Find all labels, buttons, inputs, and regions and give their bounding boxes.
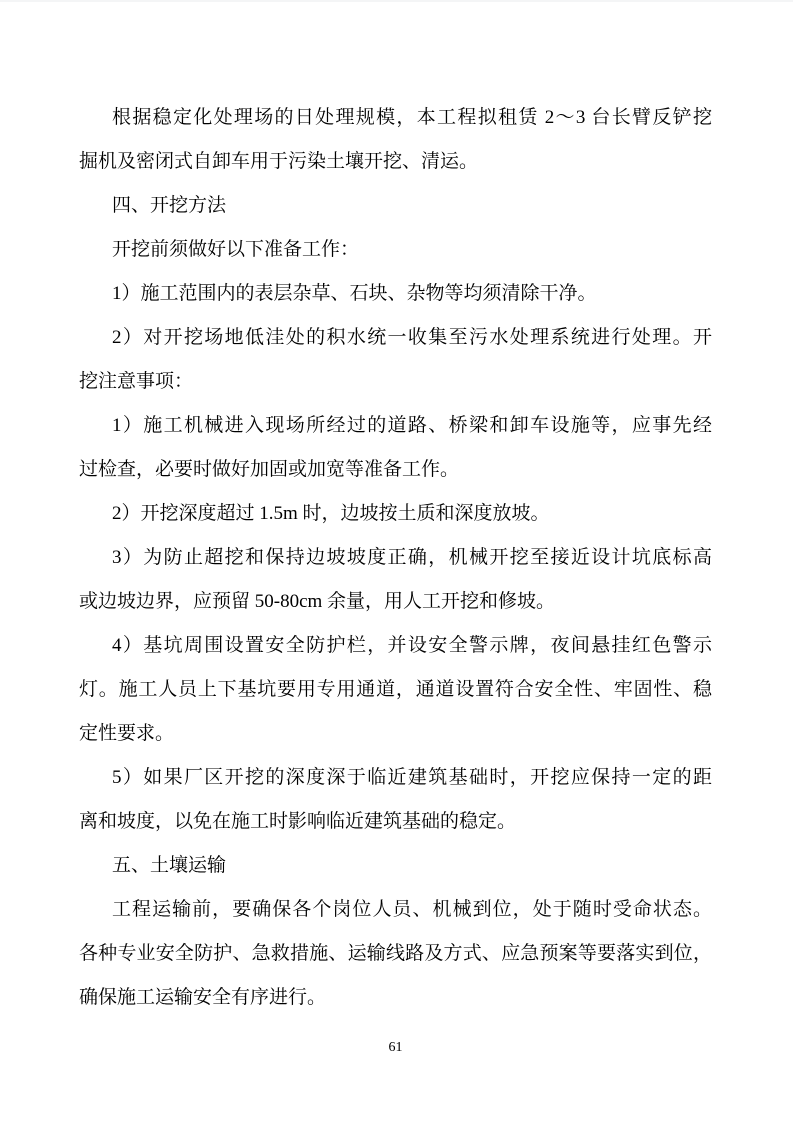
para-caution-item-5-line-2: 离和坡度，以免在施工时影响临近建筑基础的稳定。 [79,800,712,844]
para-prep-item-1-line-1: 1）施工范围内的表层杂草、石块、杂物等均须清除干净。 [79,272,712,316]
para-transport-readiness-line-1: 工程运输前，要确保各个岗位人员、机械到位，处于随时受命状态。 [79,888,712,932]
para-excavator-rental-line-2: 掘机及密闭式自卸车用于污染土壤开挖、清运。 [79,140,712,184]
page-number: 61 [389,1040,403,1055]
page-footer: 61 [79,1038,712,1058]
para-caution-item-4-line-3: 定性要求。 [79,712,712,756]
para-caution-item-2-line-1: 2）开挖深度超过 1.5m 时，边坡按土质和深度放坡。 [79,492,712,536]
para-transport-readiness-line-2: 各种专业安全防护、急救措施、运输线路及方式、应急预案等要落实到位， [79,932,712,976]
para-caution-item-3-line-2: 或边坡边界，应预留 50-80cm 余量，用人工开挖和修坡。 [79,580,712,624]
para-excavator-rental-line-1: 根据稳定化处理场的日处理规模，本工程拟租赁 2～3 台长臂反铲挖 [79,96,712,140]
heading-section-4-excavation-method-line-1: 四、开挖方法 [79,184,712,228]
para-transport-readiness-line-3: 确保施工运输安全有序进行。 [79,976,712,1020]
para-caution-item-1-line-1: 1）施工机械进入现场所经过的道路、桥梁和卸车设施等，应事先经 [79,404,712,448]
para-prep-item-2-line-1: 2）对开挖场地低洼处的积水统一收集至污水处理系统进行处理。开 [79,316,712,360]
para-caution-item-3-line-1: 3）为防止超挖和保持边坡坡度正确，机械开挖至接近设计坑底标高 [79,536,712,580]
para-prep-item-2-line-2: 挖注意事项： [79,360,712,404]
para-caution-item-5-line-1: 5）如果厂区开挖的深度深于临近建筑基础时，开挖应保持一定的距 [79,756,712,800]
document-body: 根据稳定化处理场的日处理规模，本工程拟租赁 2～3 台长臂反铲挖掘机及密闭式自卸… [79,96,712,1020]
heading-section-5-soil-transport-line-1: 五、土壤运输 [79,844,712,888]
para-caution-item-1-line-2: 过检查，必要时做好加固或加宽等准备工作。 [79,448,712,492]
para-preparation-intro-line-1: 开挖前须做好以下准备工作： [79,228,712,272]
document-page: 根据稳定化处理场的日处理规模，本工程拟租赁 2～3 台长臂反铲挖掘机及密闭式自卸… [0,0,793,1122]
para-caution-item-4-line-2: 灯。施工人员上下基坑要用专用通道，通道设置符合安全性、牢固性、稳 [79,668,712,712]
para-caution-item-4-line-1: 4）基坑周围设置安全防护栏，并设安全警示牌，夜间悬挂红色警示 [79,624,712,668]
